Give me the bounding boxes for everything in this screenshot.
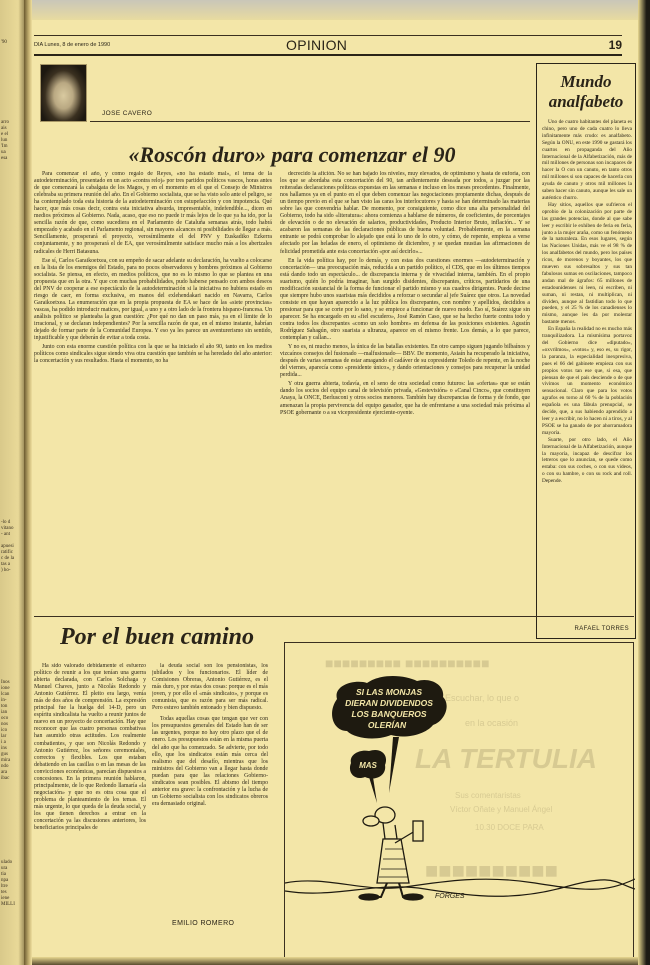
sidebar-signature: RAFAEL TORRES [575, 626, 629, 632]
svg-text:DIERAN DIVIDENDOS: DIERAN DIVIDENDOS [345, 698, 433, 708]
author-photo [40, 64, 87, 122]
page-gutter [24, 0, 32, 965]
paragraph: Para comenzar el año, y como regalo de R… [34, 171, 272, 256]
second-headline: Por el buen camino [60, 624, 254, 651]
sidebar-body: Uno de cuatro habitantes del planeta es … [542, 119, 632, 609]
paragraph: Todas aquellas cosas que tengan que ver … [152, 716, 268, 808]
speech-bubble-small: MAS [350, 750, 386, 803]
cartoon-drawing: SI LAS MONJAS DIERAN DIVIDENDOS LOS BANQ… [285, 643, 635, 959]
page-header: DIA Lunes, 8 de enero de 1990 OPINION 19 [34, 37, 622, 53]
paragraph: En la vida política hay, por lo demás, y… [280, 258, 530, 343]
paragraph: la deuda social son los pensionistas, lo… [152, 663, 268, 712]
adjacent-page-strip: '90 arro ais e el lun 'Im ua esa -lo d v… [0, 0, 26, 965]
svg-text:LOS BANQUEROS: LOS BANQUEROS [351, 709, 426, 719]
scan-right-edge [638, 0, 650, 965]
speech-bubble-large: SI LAS MONJAS DIERAN DIVIDENDOS LOS BANQ… [332, 676, 447, 793]
paragraph: Ese sí, Carlos Garaikoetxea, con su empe… [34, 258, 272, 343]
sidebar-title-line-2: analfabeto [537, 92, 635, 112]
sidebar-title-line-1: Mundo [537, 72, 635, 92]
paragraph: Junto con esta enorme cuestión política … [34, 344, 272, 365]
header-rule [34, 54, 622, 56]
section-title: OPINION [286, 37, 347, 53]
svg-text:MAS: MAS [359, 761, 377, 770]
paragraph: Y otra guerra abierta, todavía, en el se… [280, 381, 530, 416]
section-divider [34, 616, 634, 617]
paragraph: decrecido la afición. No se han bajado l… [280, 171, 530, 256]
paragraph: Uno de cuatro habitantes del planeta es … [542, 119, 632, 202]
page-number: 19 [609, 38, 622, 52]
second-article-column-2: la deuda social son los pensionistas, lo… [152, 663, 268, 903]
byline-rule [90, 121, 530, 122]
cartoonist-signature: FORGES [435, 893, 465, 900]
sidebar-column: Mundo analfabeto Uno de cuatro habitante… [536, 63, 636, 639]
paragraph: Hay sitios, aquellos que sufrieron el op… [542, 202, 632, 326]
top-rule [34, 35, 622, 36]
main-article-column-2: decrecido la afición. No se han bajado l… [280, 171, 530, 599]
paragraph: Suarte, por otro lado, el Año Internacio… [542, 437, 632, 485]
second-article-column-1: Ha sido valorado debidamente el esfuerzo… [34, 663, 146, 953]
issue-date: DIA Lunes, 8 de enero de 1990 [34, 42, 110, 48]
sidebar-title: Mundo analfabeto [537, 72, 635, 112]
paragraph: Y no es, ni mucho menos, la única de las… [280, 344, 530, 379]
main-author-byline: JOSE CAVERO [102, 110, 152, 117]
svg-text:SI LAS MONJAS: SI LAS MONJAS [356, 687, 422, 697]
paragraph: En España la realidad no es mucho más tr… [542, 326, 632, 437]
newspaper-page: DIA Lunes, 8 de enero de 1990 OPINION 19… [32, 20, 638, 965]
second-article-signature: EMILIO ROMERO [172, 920, 234, 927]
scan-top-edge [0, 0, 650, 20]
main-headline: «Roscón duro» para comenzar el 90 [92, 142, 492, 168]
main-article-column-1: Para comenzar el año, y como regalo de R… [34, 171, 272, 599]
svg-text:OLERÍAN: OLERÍAN [368, 720, 407, 730]
cartoon-panel: ■■■■■■■■■ ■■■■■■■■■■ Escuchar, lo que o … [284, 642, 634, 958]
paragraph: Ha sido valorado debidamente el esfuerzo… [34, 663, 146, 832]
scan-bottom-edge [32, 957, 638, 965]
